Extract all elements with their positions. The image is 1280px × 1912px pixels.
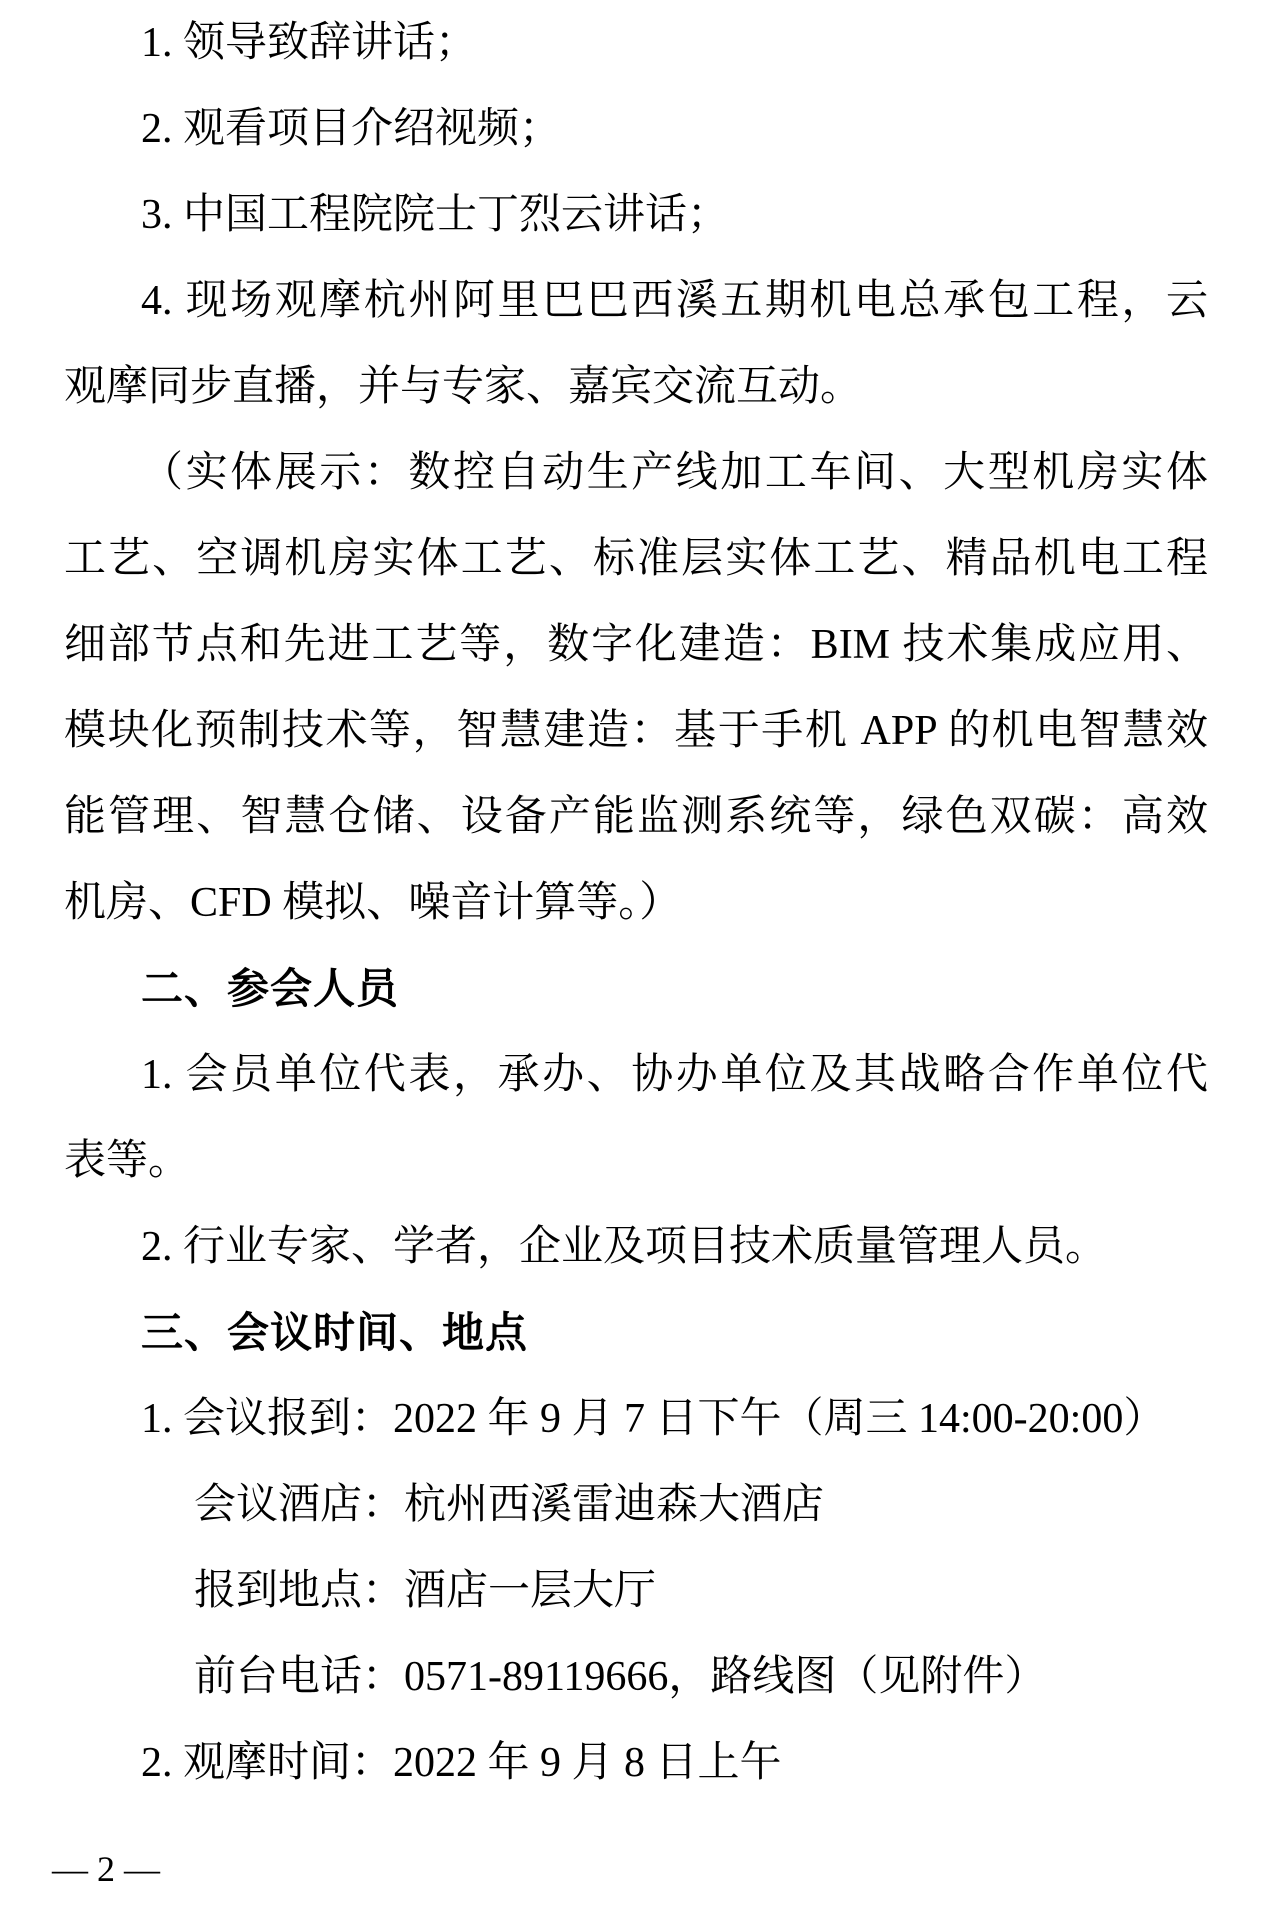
body-line: 4. 现场观摩杭州阿里巴巴西溪五期机电总承包工程，云 xyxy=(64,258,1208,344)
text-block: 1. 领导致辞讲话；2. 观看项目介绍视频；3. 中国工程院院士丁烈云讲话；4.… xyxy=(64,0,1208,1806)
body-line: 3. 中国工程院院士丁烈云讲话； xyxy=(64,172,1208,258)
body-line: 2. 观看项目介绍视频； xyxy=(64,86,1208,172)
body-line: 机房、CFD 模拟、噪音计算等。） xyxy=(64,860,1208,946)
body-line: 表等。 xyxy=(64,1118,1208,1204)
body-line: 2. 行业专家、学者，企业及项目技术质量管理人员。 xyxy=(64,1204,1208,1290)
document-page: 1. 领导致辞讲话；2. 观看项目介绍视频；3. 中国工程院院士丁烈云讲话；4.… xyxy=(0,0,1280,1912)
body-line: 细部节点和先进工艺等，数字化建造：BIM 技术集成应用、 xyxy=(64,602,1208,688)
body-line: 会议酒店：杭州西溪雷迪森大酒店 xyxy=(64,1462,1208,1548)
body-line: （实体展示：数控自动生产线加工车间、大型机房实体 xyxy=(64,430,1208,516)
body-line: 2. 观摩时间：2022 年 9 月 8 日上午 xyxy=(64,1720,1208,1806)
body-line: 报到地点：酒店一层大厅 xyxy=(64,1548,1208,1634)
body-line: 1. 会员单位代表，承办、协办单位及其战略合作单位代 xyxy=(64,1032,1208,1118)
section-heading: 三、会议时间、地点 xyxy=(64,1290,1208,1376)
page-number: — 2 — xyxy=(52,1848,160,1890)
body-line: 能管理、智慧仓储、设备产能监测系统等，绿色双碳：高效 xyxy=(64,774,1208,860)
body-line: 模块化预制技术等，智慧建造：基于手机 APP 的机电智慧效 xyxy=(64,688,1208,774)
body-line: 前台电话：0571-89119666，路线图（见附件） xyxy=(64,1634,1208,1720)
body-line: 工艺、空调机房实体工艺、标准层实体工艺、精品机电工程 xyxy=(64,516,1208,602)
section-heading: 二、参会人员 xyxy=(64,946,1208,1032)
body-line: 1. 会议报到：2022 年 9 月 7 日下午（周三 14:00-20:00） xyxy=(64,1376,1208,1462)
body-line: 观摩同步直播，并与专家、嘉宾交流互动。 xyxy=(64,344,1208,430)
body-line: 1. 领导致辞讲话； xyxy=(64,0,1208,86)
